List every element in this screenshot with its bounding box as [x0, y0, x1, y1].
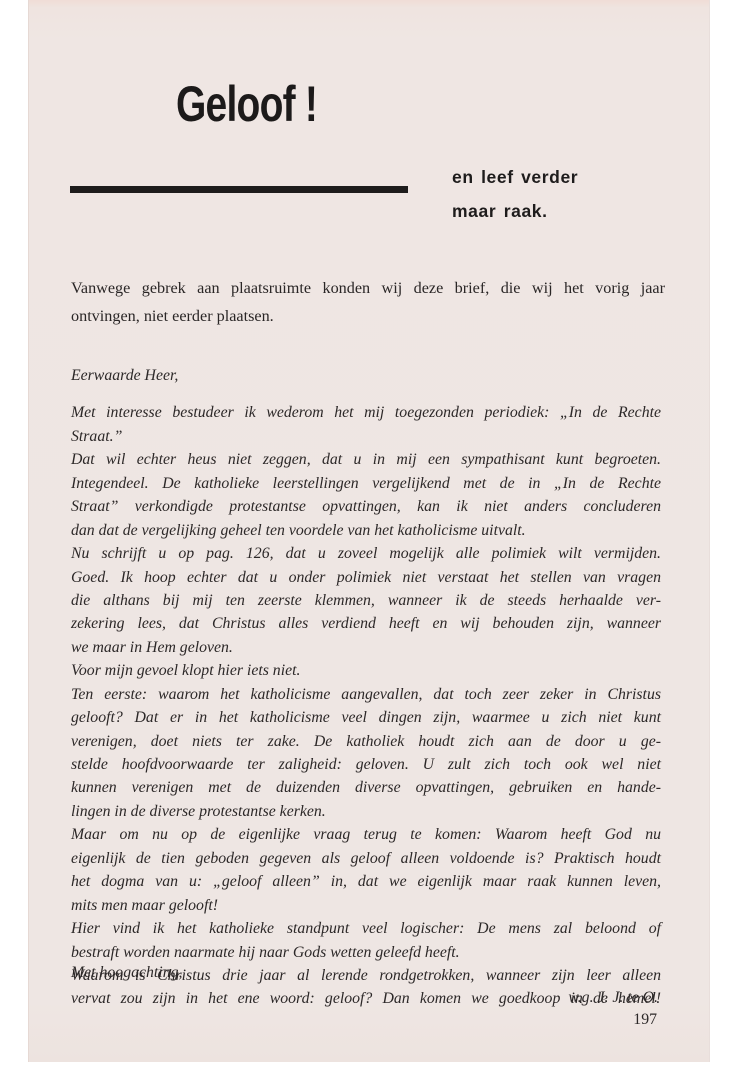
letter-line: we maar in Hem geloven. — [71, 636, 661, 659]
letter-line: zekering lees, dat Christus alles verdie… — [71, 612, 661, 635]
intro-line: ontvingen, niet eerder plaatsen. — [71, 302, 665, 330]
magazine-page: Geloof ! en leef verder maar raak. Vanwe… — [28, 0, 710, 1062]
article-title: Geloof ! — [176, 74, 317, 134]
letter-line: stelde hoofdvoorwaarde ter zaligheid: ge… — [71, 753, 661, 776]
letter-line: Nu schrijft u op pag. 126, dat u zoveel … — [71, 542, 661, 565]
letter-line: het dogma van u: „geloof alleen” in, dat… — [71, 870, 661, 893]
subtitle-line: en leef verder — [452, 160, 578, 194]
letter-line: Hier vind ik het katholieke standpunt ve… — [71, 917, 661, 940]
letter-signature: w.g. J. J. te O. — [568, 986, 658, 1010]
letter-line: Ten eerste: waarom het katholicisme aang… — [71, 683, 661, 706]
letter-line: Straat.” — [71, 425, 661, 448]
letter-line: Integendeel. De katholieke leerstellinge… — [71, 472, 661, 495]
letter-line: kunnen verenigen met de duizenden divers… — [71, 776, 661, 799]
letter-salutation: Eerwaarde Heer, — [71, 364, 661, 387]
editorial-intro: Vanwege gebrek aan plaatsruimte konden w… — [71, 274, 665, 330]
letter-line: Goed. Ik hoop echter dat u onder polimie… — [71, 566, 661, 589]
letter-body: Eerwaarde Heer, Met interesse bestudeer … — [71, 364, 661, 1011]
letter-line: die althans bij mij ten zeerste klemmen,… — [71, 589, 661, 612]
subtitle-line: maar raak. — [452, 194, 578, 228]
title-rule — [70, 186, 408, 193]
letter-line: eigenlijk de tien geboden gegeven als ge… — [71, 847, 661, 870]
letter-line: verenigen, doet niets ter zake. De katho… — [71, 730, 661, 753]
letter-line: Straat” verkondigde protestantse opvatti… — [71, 495, 661, 518]
article-subtitle: en leef verder maar raak. — [452, 160, 578, 228]
intro-line: Vanwege gebrek aan plaatsruimte konden w… — [71, 274, 665, 302]
letter-line: dan dat de vergelijking geheel ten voord… — [71, 519, 661, 542]
letter-line: Maar om nu op de eigenlijke vraag terug … — [71, 823, 661, 846]
letter-line: Met interesse bestudeer ik wederom het m… — [71, 401, 661, 424]
letter-line: Voor mijn gevoel klopt hier iets niet. — [71, 659, 661, 682]
letter-line: gelooft? Dat er in het katholicisme veel… — [71, 706, 661, 729]
letter-line: Dat wil echter heus niet zeggen, dat u i… — [71, 448, 661, 471]
page-number: 197 — [633, 1008, 657, 1032]
letter-line: lingen in de diverse protestantse kerken… — [71, 800, 661, 823]
letter-line: mits men maar gelooft! — [71, 894, 661, 917]
letter-closing: Met hoogachting, — [71, 961, 182, 985]
